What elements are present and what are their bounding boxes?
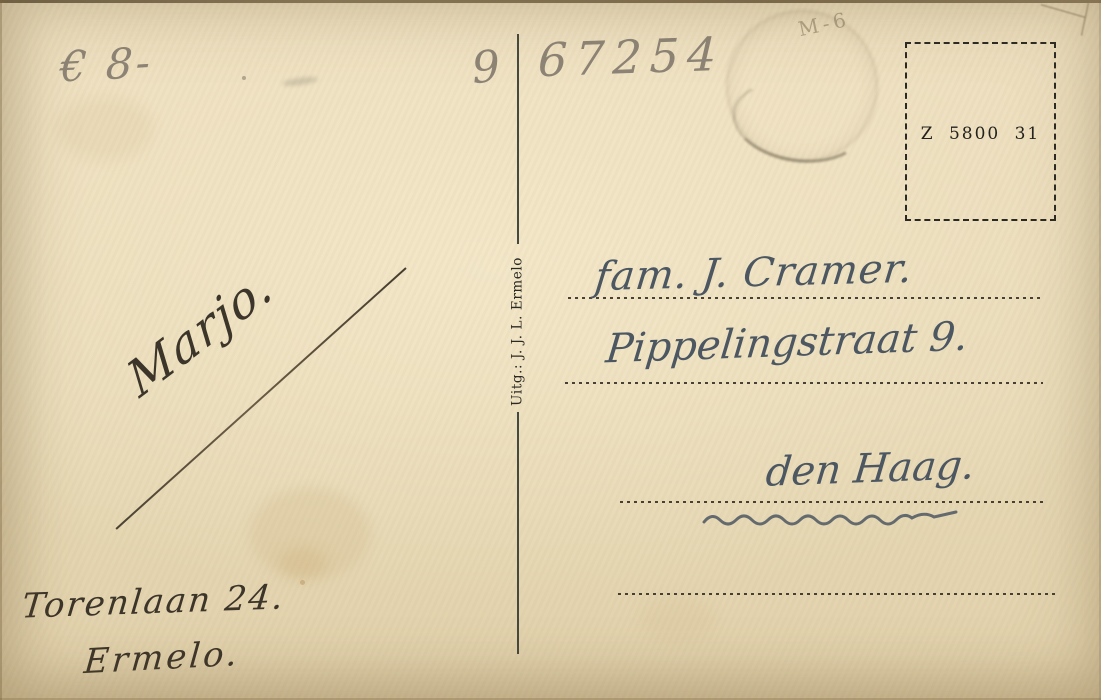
pencil-serial-number: 67254 — [537, 27, 725, 88]
center-divider-upper — [517, 34, 519, 244]
address-dotted-line-4 — [618, 593, 1058, 595]
postcard-back-scan: € 8- 9 67254 Uitg.: J. J. L. Ermelo Z 58… — [0, 0, 1101, 700]
paper-stain — [58, 98, 153, 160]
card-left-edge — [0, 0, 2, 700]
city-underline-squiggle — [700, 506, 972, 536]
pencil-group-number: 9 — [470, 41, 501, 94]
pencil-price-mark: € 8- — [59, 37, 154, 91]
paper-stain — [280, 548, 326, 578]
stamp-box: Z 5800 31 — [905, 42, 1056, 221]
paper-stain — [640, 598, 715, 640]
sender-city: Ermelo. — [82, 634, 241, 682]
paper-speck — [300, 580, 305, 585]
address-dotted-line-3 — [620, 501, 1045, 503]
address-city: den Haag. — [764, 442, 977, 495]
card-top-edge — [0, 0, 1101, 3]
stamp-box-code: Z 5800 31 — [921, 124, 1041, 144]
address-dotted-line-2 — [565, 382, 1043, 384]
paper-speck — [242, 76, 246, 80]
address-recipient: fam. J. Cramer. — [592, 246, 915, 300]
publisher-imprint: Uitg.: J. J. L. Ermelo — [510, 247, 527, 417]
center-divider-lower — [517, 412, 519, 654]
